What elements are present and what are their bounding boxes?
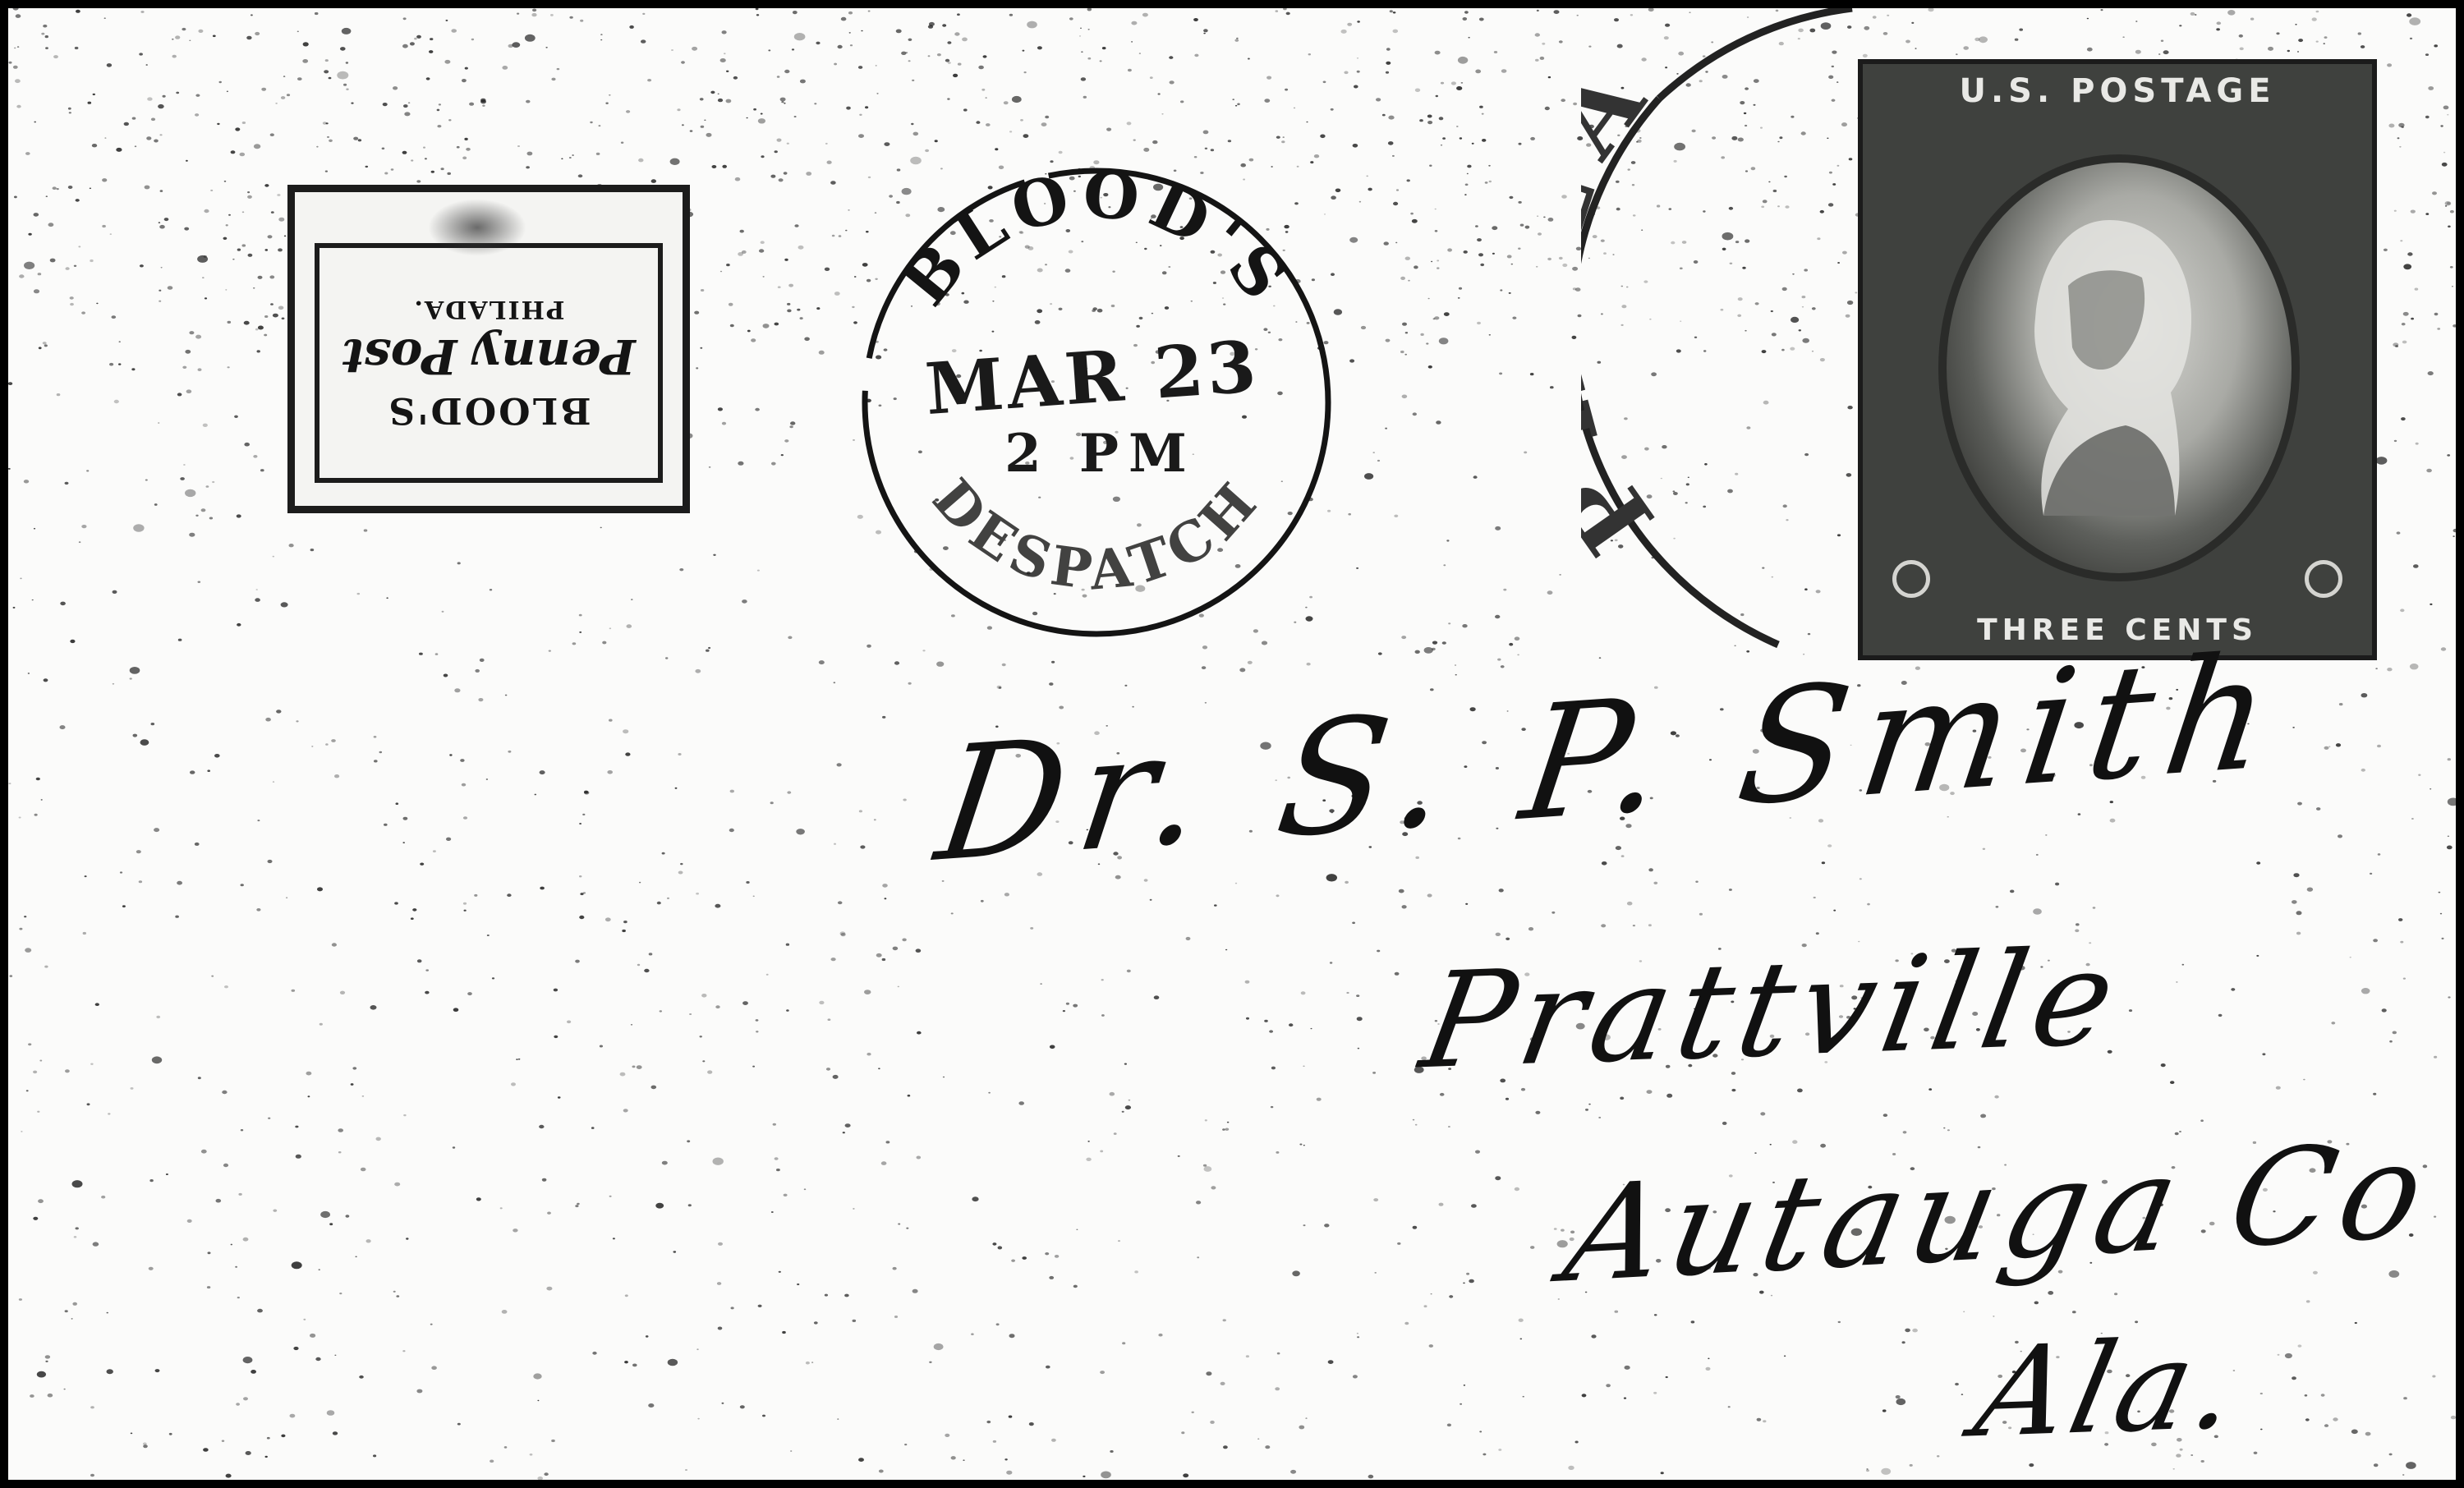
label-line-penny-post: Penny Post bbox=[342, 328, 635, 384]
circular-datestamp: BLOOD'S DESPATCH MAR 23 2 PM bbox=[854, 160, 1339, 645]
address-state: Ala. bbox=[1964, 1312, 2255, 1465]
address-town: Prattville bbox=[1411, 920, 2133, 1099]
stamp-top-text: U.S. POSTAGE bbox=[1863, 72, 2372, 110]
svg-text:BLOOD'S: BLOOD'S bbox=[888, 160, 1306, 319]
local-post-label-frame: BLOOD'S Penny Post PHILADA. bbox=[315, 243, 663, 483]
stamp-corner-rosette-icon bbox=[2305, 560, 2342, 598]
label-line-bloods: BLOOD'S bbox=[386, 389, 591, 431]
washington-portrait-icon bbox=[1986, 187, 2232, 532]
envelope-cover: BLOOD'S Penny Post PHILADA. BLOOD'S DESP… bbox=[8, 8, 2456, 1480]
ink-smudge bbox=[428, 199, 526, 256]
svg-text:PHILA: PHILA bbox=[1581, 27, 1681, 574]
svg-text:DESPATCH: DESPATCH bbox=[920, 466, 1272, 603]
stamp-corner-rosette-icon bbox=[1892, 560, 1930, 598]
datestamp-time: 2 PM bbox=[977, 423, 1224, 485]
postage-stamp: U.S. POSTAGE THREE CENTS bbox=[1858, 59, 2377, 660]
local-post-label: BLOOD'S Penny Post PHILADA. bbox=[287, 185, 690, 513]
label-line-philada: PHILADA. bbox=[412, 295, 564, 324]
